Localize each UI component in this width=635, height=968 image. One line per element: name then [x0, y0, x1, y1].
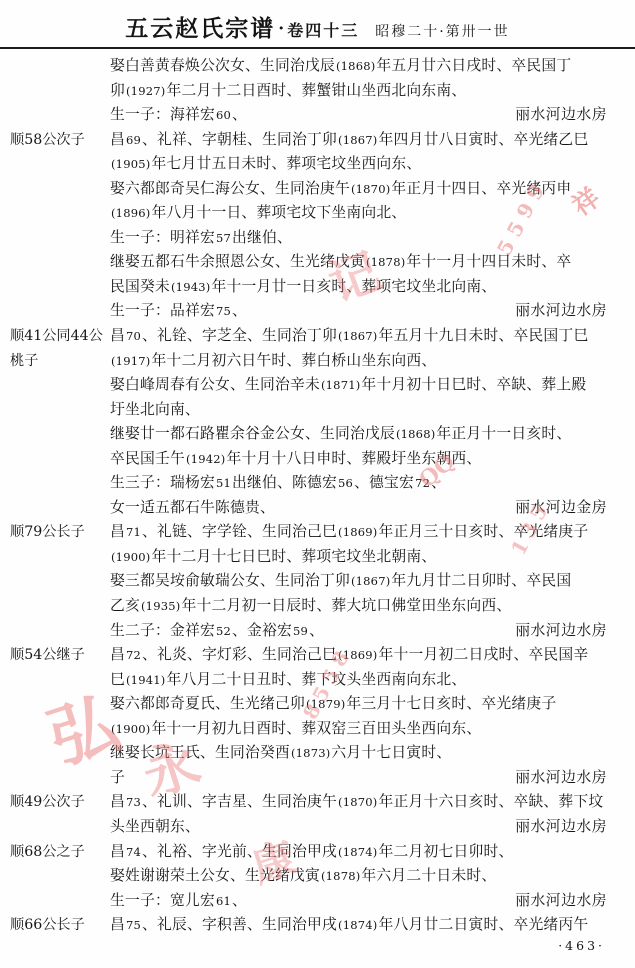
entry-text: 昌69、礼祥、字朝桂、生同治丁卯(1867)年四月廿八日寅时、卒光绪乙巳: [110, 128, 588, 153]
entry-line: 娶三都吴垵俞敏瑞公女、生同治丁卯(1867)年九月廿二日卯时、卒民国: [0, 569, 635, 594]
page-number: ·463·: [558, 938, 605, 953]
entry-text: 头坐西朝东、: [110, 815, 200, 840]
title-separator-dot: ·: [278, 19, 284, 39]
entry-line: 生一子：品祥宏75、丽水河边水房: [0, 299, 635, 324]
entry-text: (1900)年十一月初九日酉时、葬双窑三百田头坐西向东、: [110, 717, 481, 742]
entry-text: 娶姓谢谢荣土公女、生光绪戊寅(1878)年六月二十日未时、: [110, 864, 496, 889]
entry-line: 顺66公长子昌75、礼辰、字积善、生同治甲戌(1874)年八月廿二日寅时、卒光绪…: [0, 913, 635, 938]
genealogy-page: 五云赵氏宗谱·卷四十三昭穆二十·第卅一世 娶白善黄春焕公次女、生同治戊辰(186…: [0, 0, 635, 968]
entry-label: 顺58公次子: [0, 128, 110, 153]
entry-text: 子: [110, 766, 125, 791]
entry-text: 继娶五都石牛余照恩公女、生光绪戊寅(1878)年十一月十四日未时、卒: [110, 250, 571, 275]
entry-label: 顺66公长子: [0, 913, 110, 938]
entry-line: 生二子：金祥宏52、金裕宏59、丽水河边水房: [0, 619, 635, 644]
entry-line: 娶六都郎奇吴仁海公女、生同治庚午(1870)年正月十四日、卒光绪丙申: [0, 177, 635, 202]
entry-text: 巳(1941)年八月二十日丑时、葬下坟头坐西南向东北、: [110, 668, 466, 693]
entry-text: 娶六都郎奇吴仁海公女、生同治庚午(1870)年正月十四日、卒光绪丙申: [110, 177, 571, 202]
entry-line: 乙亥(1935)年十二月初一日辰时、葬大坑口佛堂田坐东向西、: [0, 594, 635, 619]
entry-text: (1900)年十二月十七日巳时、葬项宅坟坐北朝南、: [110, 545, 436, 570]
entry-text: 昌73、礼训、字吉星、生同治庚午(1870)年正月十六日亥时、卒缺、葬下坟: [110, 790, 603, 815]
entry-line: (1900)年十一月初九日酉时、葬双窑三百田头坐西向东、: [0, 717, 635, 742]
entry-text: 民国癸未(1943)年十一月廿一日亥时、葬项宅坟坐北向南、: [110, 275, 496, 300]
entry-label: 顺79公长子: [0, 520, 110, 545]
entry-line: 娶姓谢谢荣土公女、生光绪戊寅(1878)年六月二十日未时、: [0, 864, 635, 889]
entry-line: 继娶廿一都石路瞿余谷金公女、生同治戊辰(1868)年正月十一日亥时、: [0, 422, 635, 447]
generation-subtitle: 昭穆二十·第卅一世: [375, 24, 509, 40]
entry-text: 继娶廿一都石路瞿余谷金公女、生同治戊辰(1868)年正月十一日亥时、: [110, 422, 571, 447]
entry-line: 顺79公长子昌71、礼链、字学铨、生同治己巳(1869)年正月三十日亥时、卒光绪…: [0, 520, 635, 545]
entry-text: 生一子：宽儿宏61、: [110, 889, 247, 914]
entry-line: 子丽水河边水房: [0, 766, 635, 791]
entry-text: 昌70、礼铨、字芝全、生同治丁卯(1867)年五月十九日未时、卒民国丁巳: [110, 324, 588, 349]
entry-text: 昌71、礼链、字学铨、生同治己巳(1869)年正月三十日亥时、卒光绪庚子: [110, 520, 588, 545]
residence-annotation: 丽水河边水房: [515, 815, 607, 840]
entry-text: 生一子：品祥宏75、: [110, 299, 247, 324]
entry-line: 娶白峰周春有公女、生同治辛未(1871)年十月初十日巳时、卒缺、葬上殿: [0, 373, 635, 398]
entry-line: 继娶长坑王氏、生同治癸酉(1873)六月十七日寅时、: [0, 741, 635, 766]
entry-text: 生一子：海祥宏60、: [110, 103, 247, 128]
entry-line: 顺41公同44公昌70、礼铨、字芝全、生同治丁卯(1867)年五月十九日未时、卒…: [0, 324, 635, 349]
entry-line: 生三子：瑞杨宏51出继伯、陈德宏56、德宝宏72、: [0, 471, 635, 496]
residence-annotation: 丽水河边水房: [515, 103, 607, 128]
entry-line: 生一子：海祥宏60、丽水河边水房: [0, 103, 635, 128]
entry-label: 顺54公继子: [0, 643, 110, 668]
entry-label: 顺68公之子: [0, 840, 110, 865]
volume-title: 卷四十三: [287, 21, 359, 40]
entry-text: 娶三都吴垵俞敏瑞公女、生同治丁卯(1867)年九月廿二日卯时、卒民国: [110, 569, 571, 594]
entry-line: (1905)年七月廿五日未时、葬项宅坟坐西向东、: [0, 152, 635, 177]
entry-label: 桃子: [0, 349, 110, 374]
entry-line: 顺58公次子昌69、礼祥、字朝桂、生同治丁卯(1867)年四月廿八日寅时、卒光绪…: [0, 128, 635, 153]
entry-line: 桃子(1917)年十二月初六日午时、葬白桥山坐东向西、: [0, 349, 635, 374]
entry-text: 昌74、礼裕、字光前、生同治甲戌(1874)年二月初七日卯时、: [110, 840, 513, 865]
residence-annotation: 丽水河边水房: [515, 766, 607, 791]
entry-text: 娶六都郎奇夏氏、生光绪己卯(1879)年三月十七日亥时、卒光绪庚子: [110, 692, 556, 717]
entry-text: 卒民国壬午(1942)年十月十八日申时、葬殿圩坐东朝西、: [110, 447, 481, 472]
entry-line: 民国癸未(1943)年十一月廿一日亥时、葬项宅坟坐北向南、: [0, 275, 635, 300]
entry-line: 娶六都郎奇夏氏、生光绪己卯(1879)年三月十七日亥时、卒光绪庚子: [0, 692, 635, 717]
entry-text: 生二子：金祥宏52、金裕宏59、: [110, 619, 324, 644]
entry-text: 女一适五都石牛陈德贵、: [110, 496, 275, 521]
entry-line: 顺49公次子昌73、礼训、字吉星、生同治庚午(1870)年正月十六日亥时、卒缺、…: [0, 790, 635, 815]
residence-annotation: 丽水河边水房: [515, 889, 607, 914]
entry-label: 顺41公同44公: [0, 324, 110, 349]
entry-line: (1900)年十二月十七日巳时、葬项宅坟坐北朝南、: [0, 545, 635, 570]
entry-text: 乙亥(1935)年十二月初一日辰时、葬大坑口佛堂田坐东向西、: [110, 594, 511, 619]
entry-text: (1917)年十二月初六日午时、葬白桥山坐东向西、: [110, 349, 436, 374]
residence-annotation: 丽水河边水房: [515, 299, 607, 324]
entry-line: 生一子：宽儿宏61、丽水河边水房: [0, 889, 635, 914]
entry-line: 卯(1927)年二月十二日酉时、葬蟹钳山坐西北向东南、: [0, 79, 635, 104]
entry-text: 生三子：瑞杨宏51出继伯、陈德宏56、德宝宏72、: [110, 471, 446, 496]
entry-text: 继娶长坑王氏、生同治癸酉(1873)六月十七日寅时、: [110, 741, 451, 766]
entry-line: 女一适五都石牛陈德贵、丽水河边金房: [0, 496, 635, 521]
page-header: 五云赵氏宗谱·卷四十三昭穆二十·第卅一世: [0, 10, 635, 43]
entry-text: 昌72、礼炎、字灯彩、生同治己巳(1869)年十一月初二日戌时、卒民国辛: [110, 643, 588, 668]
entry-line: 巳(1941)年八月二十日丑时、葬下坟头坐西南向东北、: [0, 668, 635, 693]
entry-text: 圩坐北向南、: [110, 398, 200, 423]
header-divider: [0, 47, 635, 49]
entry-text: 娶白峰周春有公女、生同治辛未(1871)年十月初十日巳时、卒缺、葬上殿: [110, 373, 586, 398]
entry-line: 头坐西朝东、丽水河边水房: [0, 815, 635, 840]
entry-line: 继娶五都石牛余照恩公女、生光绪戊寅(1878)年十一月十四日未时、卒: [0, 250, 635, 275]
page-title: 五云赵氏宗谱: [125, 15, 275, 42]
entry-line: 生一子：明祥宏57出继伯、: [0, 226, 635, 251]
entry-text: (1896)年八月十一日、葬项宅坟下坐南向北、: [110, 201, 406, 226]
entry-line: 娶白善黄春焕公次女、生同治戊辰(1868)年五月廿六日戌时、卒民国丁: [0, 54, 635, 79]
genealogy-lines: 娶白善黄春焕公次女、生同治戊辰(1868)年五月廿六日戌时、卒民国丁卯(1927…: [0, 54, 635, 938]
entry-text: (1905)年七月廿五日未时、葬项宅坟坐西向东、: [110, 152, 421, 177]
residence-annotation: 丽水河边水房: [515, 619, 607, 644]
entry-text: 生一子：明祥宏57出继伯、: [110, 226, 292, 251]
entry-line: 顺54公继子昌72、礼炎、字灯彩、生同治己巳(1869)年十一月初二日戌时、卒民…: [0, 643, 635, 668]
entry-line: 圩坐北向南、: [0, 398, 635, 423]
entry-label: 顺49公次子: [0, 790, 110, 815]
entry-text: 昌75、礼辰、字积善、生同治甲戌(1874)年八月廿二日寅时、卒光绪丙午: [110, 913, 588, 938]
entry-line: (1896)年八月十一日、葬项宅坟下坐南向北、: [0, 201, 635, 226]
residence-annotation: 丽水河边金房: [515, 496, 607, 521]
entry-text: 卯(1927)年二月十二日酉时、葬蟹钳山坐西北向东南、: [110, 79, 466, 104]
entry-text: 娶白善黄春焕公次女、生同治戊辰(1868)年五月廿六日戌时、卒民国丁: [110, 54, 571, 79]
entry-line: 卒民国壬午(1942)年十月十八日申时、葬殿圩坐东朝西、: [0, 447, 635, 472]
entry-line: 顺68公之子昌74、礼裕、字光前、生同治甲戌(1874)年二月初七日卯时、: [0, 840, 635, 865]
